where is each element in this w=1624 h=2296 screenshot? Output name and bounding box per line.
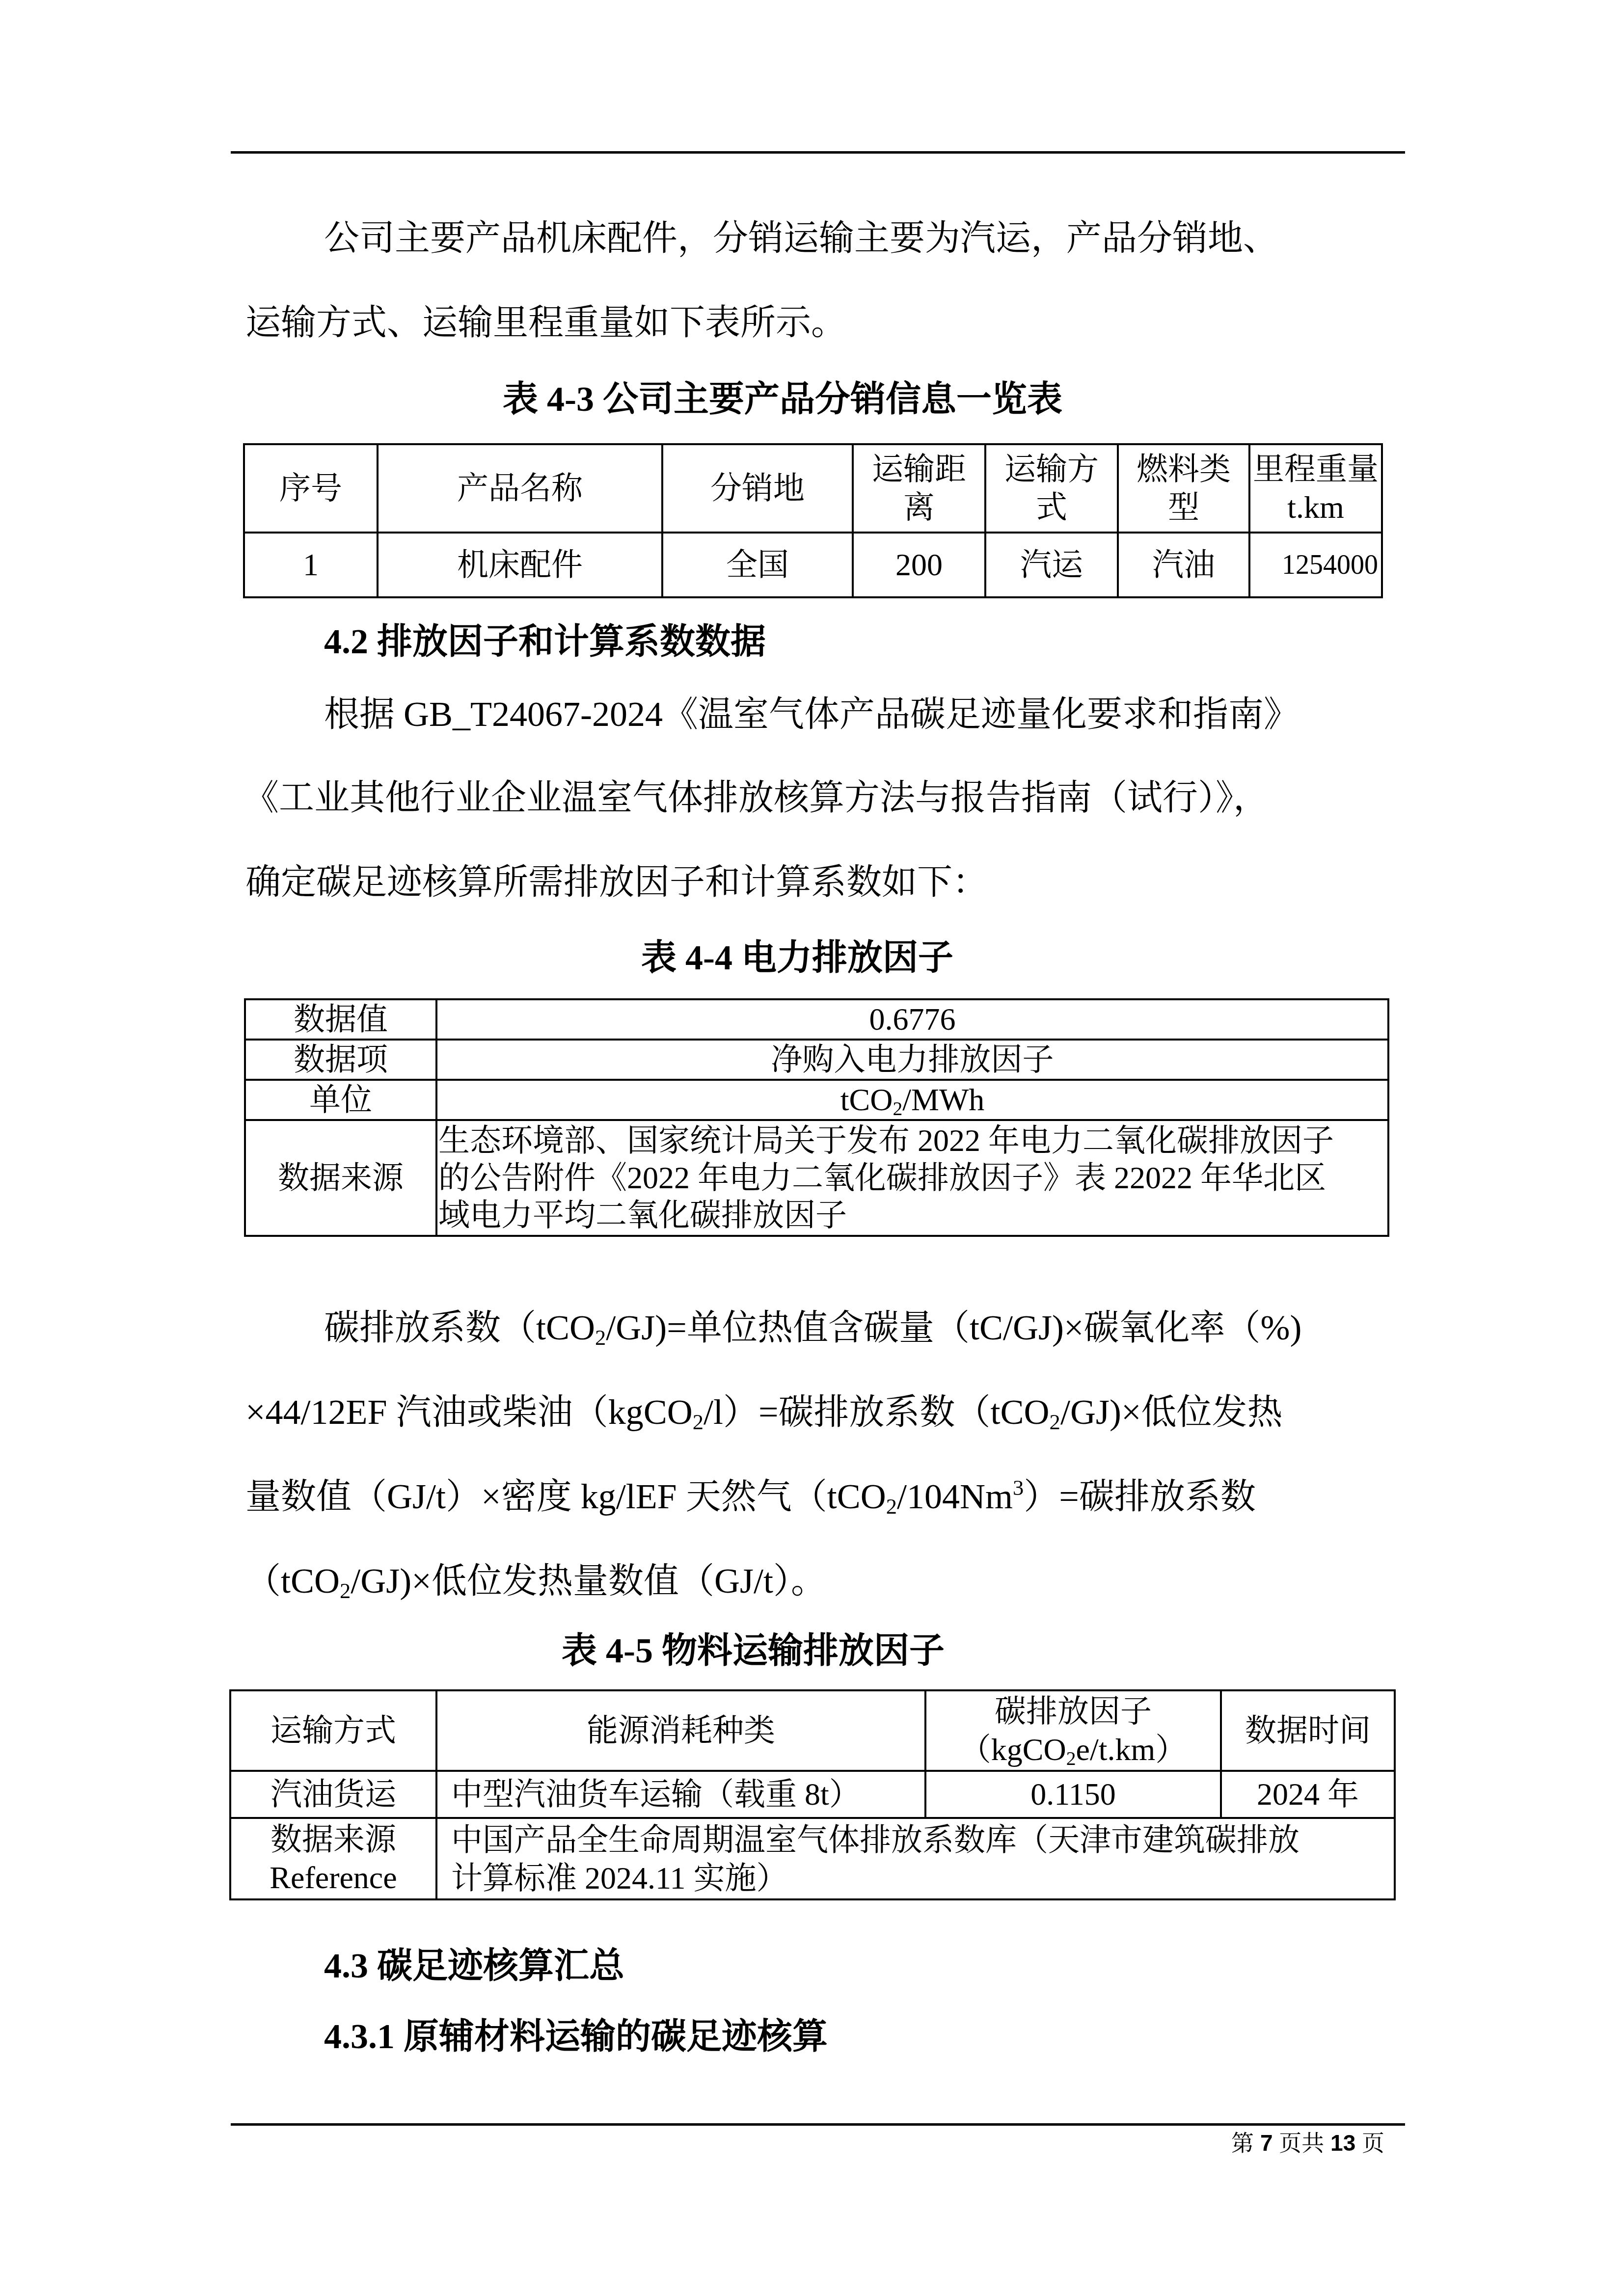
cell-index: 1 bbox=[244, 533, 378, 597]
cell-unit: tCO2/MWh bbox=[436, 1080, 1388, 1120]
table-row: 汽油货运 中型汽油货车运输（载重 8t） 0.1150 2024 年 bbox=[230, 1771, 1395, 1818]
table-4-5-header-row: 运输方式 能源消耗种类 碳排放因子（kgCO2e/t.km） 数据时间 bbox=[230, 1690, 1395, 1771]
cell-product-name: 机床配件 bbox=[378, 533, 662, 597]
table-row: 数据来源 生态环境部、国家统计局关于发布 2022 年电力二氧化碳排放因子 的公… bbox=[245, 1120, 1388, 1236]
page-number: 第 7 页共 13 页 bbox=[1231, 2128, 1384, 2158]
cell-data-value: 0.6776 bbox=[436, 999, 1388, 1040]
row-label-data-item: 数据项 bbox=[245, 1040, 436, 1080]
header-cell-transport-mode: 运输方式 bbox=[230, 1690, 436, 1771]
table-row: 数据值 0.6776 bbox=[245, 999, 1388, 1040]
formula-line-1: 碳排放系数（tCO2/GJ)=单位热值含碳量（tC/GJ)×碳氧化率（%) bbox=[324, 1306, 1302, 1350]
header-cell-data-time: 数据时间 bbox=[1221, 1690, 1395, 1771]
header-cell-energy-type: 能源消耗种类 bbox=[436, 1690, 925, 1771]
cell-transport-mode: 汽运 bbox=[985, 533, 1118, 597]
header-rule bbox=[231, 151, 1405, 154]
cell-data-item: 净购入电力排放因子 bbox=[436, 1040, 1388, 1080]
header-cell-index: 序号 bbox=[244, 444, 378, 533]
table-4-5-caption: 表 4-5 物料运输排放因子 bbox=[0, 1629, 1565, 1673]
formula-line-3: 量数值（GJ/t）×密度 kg/lEF 天然气（tCO2/104Nm3）=碳排放… bbox=[245, 1474, 1256, 1519]
table-row: 数据项 净购入电力排放因子 bbox=[245, 1040, 1388, 1080]
cell-data-source: 生态环境部、国家统计局关于发布 2022 年电力二氧化碳排放因子 的公告附件《2… bbox=[436, 1120, 1388, 1236]
table-4-4-caption: 表 4-4 电力排放因子 bbox=[0, 935, 1609, 980]
header-cell-mileage-weight: 里程重量t.km bbox=[1249, 444, 1382, 533]
table-row: 1 机床配件 全国 200 汽运 汽油 1254000 bbox=[244, 533, 1382, 597]
table-4-3-header-row: 序号 产品名称 分销地 运输距离 运输方式 燃料类型 里程重量t.km bbox=[244, 444, 1382, 533]
cell-fuel-type: 汽油 bbox=[1118, 533, 1249, 597]
cell-data-time: 2024 年 bbox=[1221, 1771, 1395, 1818]
header-cell-distance: 运输距离 bbox=[853, 444, 985, 533]
row-label-data-source: 数据来源Reference bbox=[230, 1818, 436, 1899]
header-cell-fuel-type: 燃料类型 bbox=[1118, 444, 1249, 533]
header-cell-product-name: 产品名称 bbox=[378, 444, 662, 533]
header-cell-emission-factor: 碳排放因子（kgCO2e/t.km） bbox=[925, 1690, 1221, 1771]
section-4-3-heading: 4.3 碳足迹核算汇总 bbox=[324, 1944, 624, 1988]
header-cell-destination: 分销地 bbox=[662, 444, 853, 533]
cell-emission-factor: 0.1150 bbox=[925, 1771, 1221, 1818]
table-4-5: 运输方式 能源消耗种类 碳排放因子（kgCO2e/t.km） 数据时间 汽油货运… bbox=[229, 1689, 1396, 1900]
intro-line-1: 公司主要产品机床配件，分销运输主要为汽运，产品分销地、 bbox=[324, 216, 1278, 260]
intro-line-2: 运输方式、运输里程重量如下表所示。 bbox=[245, 300, 846, 345]
cell-mileage-weight: 1254000 bbox=[1249, 533, 1382, 597]
table-4-3: 序号 产品名称 分销地 运输距离 运输方式 燃料类型 里程重量t.km 1 机床… bbox=[243, 443, 1383, 598]
cell-energy-type: 中型汽油货车运输（载重 8t） bbox=[436, 1771, 925, 1818]
table-row: 单位 tCO2/MWh bbox=[245, 1080, 1388, 1120]
cell-transport-mode: 汽油货运 bbox=[230, 1771, 436, 1818]
table-4-3-caption: 表 4-3 公司主要产品分销信息一览表 bbox=[0, 377, 1595, 421]
row-label-data-value: 数据值 bbox=[245, 999, 436, 1040]
formula-line-4: （tCO2/GJ)×低位发热量数值（GJ/t）。 bbox=[245, 1559, 826, 1603]
cell-destination: 全国 bbox=[662, 533, 853, 597]
row-label-unit: 单位 bbox=[245, 1080, 436, 1120]
footer-rule bbox=[231, 2123, 1405, 2126]
formula-line-2: ×44/12EF 汽油或柴油（kgCO2/l）=碳排放系数（tCO2/GJ)×低… bbox=[245, 1390, 1283, 1434]
cell-distance: 200 bbox=[853, 533, 985, 597]
section-4-2-para-line-1: 根据 GB_T24067-2024《温室气体产品碳足迹量化要求和指南》 bbox=[324, 692, 1299, 736]
section-4-2-para-line-2: 《工业其他行业企业温室气体排放核算方法与报告指南（试行）》， bbox=[244, 775, 1269, 820]
section-4-2-heading: 4.2 排放因子和计算系数数据 bbox=[324, 619, 766, 664]
cell-data-source: 中国产品全生命周期温室气体排放系数库（天津市建筑碳排放计算标准 2024.11 … bbox=[436, 1818, 1395, 1899]
table-4-4: 数据值 0.6776 数据项 净购入电力排放因子 单位 tCO2/MWh 数据来… bbox=[244, 998, 1389, 1237]
header-cell-transport-mode: 运输方式 bbox=[985, 444, 1118, 533]
table-row: 数据来源Reference 中国产品全生命周期温室气体排放系数库（天津市建筑碳排… bbox=[230, 1818, 1395, 1899]
section-4-3-1-heading: 4.3.1 原辅材料运输的碳足迹核算 bbox=[324, 2014, 828, 2058]
row-label-data-source: 数据来源 bbox=[245, 1120, 436, 1236]
section-4-2-para-line-3: 确定碳足迹核算所需排放因子和计算系数如下： bbox=[245, 860, 988, 904]
